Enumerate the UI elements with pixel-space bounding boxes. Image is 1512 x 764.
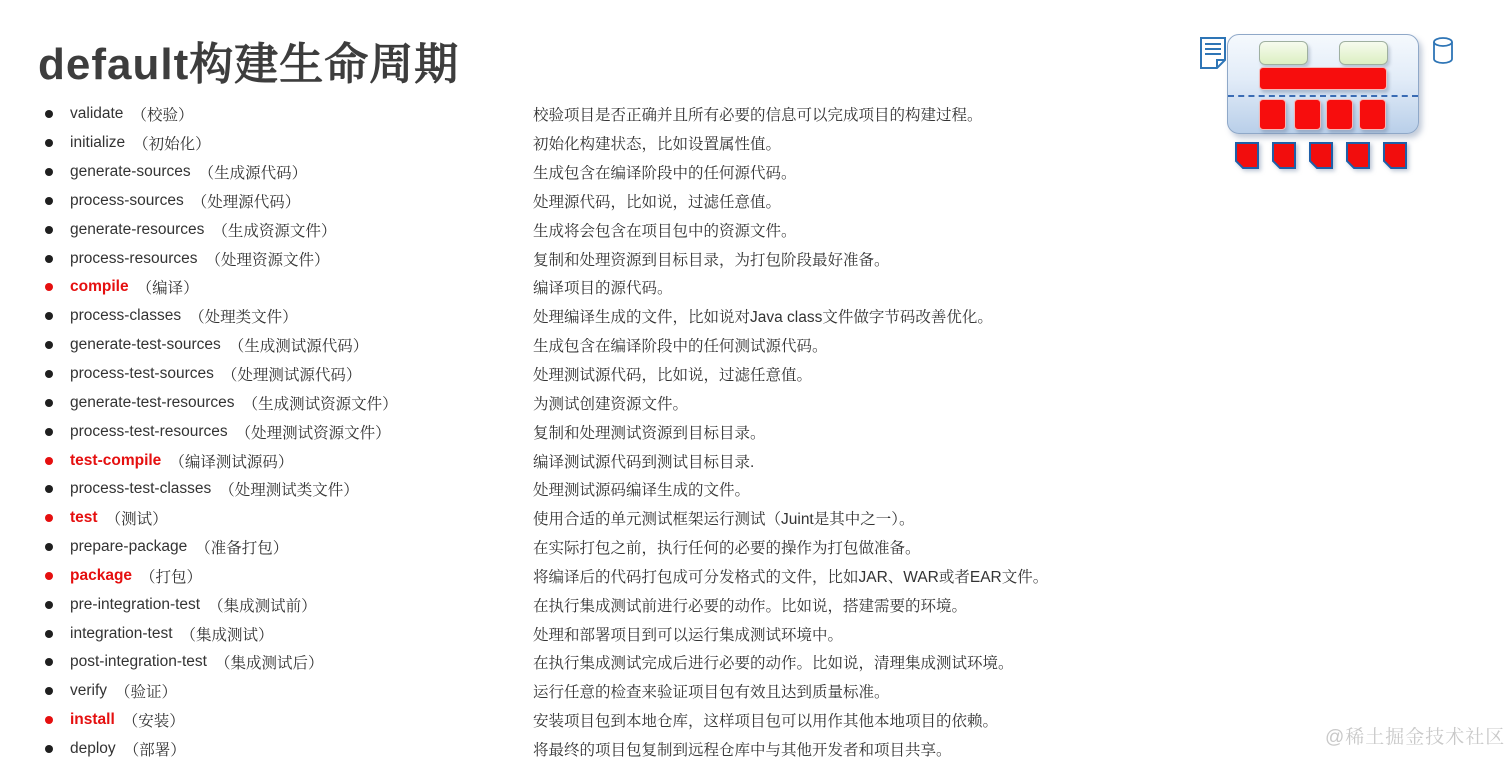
phase-cell: compile（编译） — [0, 276, 533, 298]
phase-description: 复制和处理测试资源到目标目录。 — [533, 421, 766, 443]
phase-description: 处理和部署项目到可以运行集成测试环境中。 — [533, 623, 843, 645]
phase-name: deploy — [70, 740, 116, 758]
lifecycle-row-test: test（测试）使用合适的单元测试框架运行测试（Juint是其中之一）。 — [0, 504, 1160, 533]
phase-zh-label: （部署） — [124, 738, 186, 760]
phase-cell: process-test-sources（处理测试源代码） — [0, 363, 533, 385]
phase-cell: pre-integration-test（集成测试前） — [0, 594, 533, 616]
phase-description: 为测试创建资源文件。 — [533, 392, 688, 414]
phase-cell: process-classes（处理类文件） — [0, 305, 533, 327]
phase-zh-label: （安装） — [123, 709, 185, 731]
bullet-icon — [45, 139, 53, 147]
lifecycle-row-prepare-package: prepare-package（准备打包）在实际打包之前，执行任何的必要的操作为… — [0, 533, 1160, 562]
phase-name: generate-test-sources — [70, 336, 221, 354]
phase-zh-label: （处理测试资源文件） — [236, 421, 391, 443]
phase-zh-label: （生成源代码） — [199, 161, 308, 183]
phase-zh-label: （集成测试） — [181, 623, 274, 645]
lifecycle-row-generate-test-resources: generate-test-resources（生成测试资源文件）为测试创建资源… — [0, 388, 1160, 417]
dashed-divider — [1228, 95, 1418, 97]
lifecycle-row-process-classes: process-classes（处理类文件）处理编译生成的文件，比如说对Java… — [0, 302, 1160, 331]
lifecycle-row-package: package（打包）将编译后的代码打包成可分发格式的文件，比如JAR、WAR或… — [0, 562, 1160, 591]
artifact-chip-icon — [1235, 142, 1259, 169]
lifecycle-row-process-test-sources: process-test-sources（处理测试源代码）处理测试源代码，比如说… — [0, 360, 1160, 389]
bullet-icon — [45, 543, 53, 551]
phase-cell: generate-test-resources（生成测试资源文件） — [0, 392, 533, 414]
phase-zh-label: （初始化） — [133, 132, 211, 154]
source-box-icon — [1259, 41, 1308, 65]
bullet-icon — [45, 399, 53, 407]
phase-cell: generate-sources（生成源代码） — [0, 161, 533, 183]
phase-cell: process-test-resources（处理测试资源文件） — [0, 421, 533, 443]
phase-name: process-test-resources — [70, 423, 228, 441]
compiled-bar-icon — [1259, 67, 1387, 90]
phase-name: initialize — [70, 134, 125, 152]
phase-cell: deploy（部署） — [0, 738, 533, 760]
phase-zh-label: （生成测试源代码） — [229, 334, 369, 356]
phase-cell: post-integration-test（集成测试后） — [0, 651, 533, 673]
phase-cell: verify（验证） — [0, 680, 533, 702]
artifact-chip-icon — [1346, 142, 1370, 169]
bullet-icon — [45, 341, 53, 349]
module-box-icon — [1326, 99, 1353, 130]
phase-cell: process-sources（处理源代码） — [0, 190, 533, 212]
lifecycle-row-process-test-classes: process-test-classes（处理测试类文件）处理测试源码编译生成的… — [0, 475, 1160, 504]
phase-name: verify — [70, 682, 107, 700]
lifecycle-row-install: install（安装）安装项目包到本地仓库，这样项目包可以用作其他本地项目的依赖… — [0, 706, 1160, 735]
phase-description: 生成包含在编译阶段中的任何源代码。 — [533, 161, 797, 183]
phase-name: compile — [70, 278, 129, 296]
artifact-chip-row — [1235, 142, 1407, 169]
phase-cell: generate-resources（生成资源文件） — [0, 219, 533, 241]
bullet-icon — [45, 168, 53, 176]
phase-name: process-test-classes — [70, 480, 211, 498]
phase-description: 处理测试源代码，比如说，过滤任意值。 — [533, 363, 812, 385]
lifecycle-row-post-integration-test: post-integration-test（集成测试后）在执行集成测试完成后进行… — [0, 648, 1160, 677]
maven-build-diagram — [1190, 25, 1490, 185]
bullet-icon — [45, 572, 53, 580]
bullet-icon — [45, 601, 53, 609]
lifecycle-row-process-sources: process-sources（处理源代码）处理源代码，比如说，过滤任意值。 — [0, 187, 1160, 216]
phase-cell: generate-test-sources（生成测试源代码） — [0, 334, 533, 356]
lifecycle-row-pre-integration-test: pre-integration-test（集成测试前）在执行集成测试前进行必要的… — [0, 590, 1160, 619]
phase-cell: test（测试） — [0, 507, 533, 529]
bullet-icon — [45, 283, 53, 291]
phase-cell: package（打包） — [0, 565, 533, 587]
bullet-icon — [45, 630, 53, 638]
module-box-icon — [1294, 99, 1321, 130]
phase-name: validate — [70, 105, 123, 123]
bullet-icon — [45, 716, 53, 724]
bullet-icon — [45, 658, 53, 666]
phase-zh-label: （打包） — [140, 565, 202, 587]
phase-cell: validate（校验） — [0, 103, 533, 125]
lifecycle-row-integration-test: integration-test（集成测试）处理和部署项目到可以运行集成测试环境… — [0, 619, 1160, 648]
phase-name: process-sources — [70, 192, 184, 210]
phase-description: 校验项目是否正确并且所有必要的信息可以完成项目的构建过程。 — [533, 103, 983, 125]
lifecycle-row-generate-test-sources: generate-test-sources（生成测试源代码）生成包含在编译阶段中… — [0, 331, 1160, 360]
module-box-icon — [1259, 99, 1286, 130]
phase-description: 在执行集成测试前进行必要的动作。比如说，搭建需要的环境。 — [533, 594, 967, 616]
phase-cell: install（安装） — [0, 709, 533, 731]
phase-name: process-resources — [70, 250, 198, 268]
bullet-icon — [45, 514, 53, 522]
phase-description: 处理测试源码编译生成的文件。 — [533, 478, 750, 500]
phase-cell: prepare-package（准备打包） — [0, 536, 533, 558]
phase-zh-label: （准备打包） — [195, 536, 288, 558]
build-container-panel — [1227, 34, 1419, 134]
phase-name: package — [70, 567, 132, 585]
artifact-chip-icon — [1383, 142, 1407, 169]
lifecycle-row-generate-sources: generate-sources（生成源代码）生成包含在编译阶段中的任何源代码。 — [0, 158, 1160, 187]
phase-description: 在实际打包之前，执行任何的必要的操作为打包做准备。 — [533, 536, 921, 558]
phase-zh-label: （生成资源文件） — [212, 219, 336, 241]
phase-name: prepare-package — [70, 538, 187, 556]
phase-description: 将最终的项目包复制到远程仓库中与其他开发者和项目共享。 — [533, 738, 952, 760]
lifecycle-row-validate: validate（校验）校验项目是否正确并且所有必要的信息可以完成项目的构建过程… — [0, 100, 1160, 129]
bullet-icon — [45, 745, 53, 753]
phase-name: pre-integration-test — [70, 596, 200, 614]
phase-cell: process-resources（处理资源文件） — [0, 248, 533, 270]
phase-zh-label: （测试） — [106, 507, 168, 529]
phase-zh-label: （处理测试类文件） — [219, 478, 359, 500]
lifecycle-row-compile: compile（编译）编译项目的源代码。 — [0, 273, 1160, 302]
lifecycle-row-test-compile: test-compile（编译测试源码）编译测试源代码到测试目标目录. — [0, 446, 1160, 475]
phase-description: 在执行集成测试完成后进行必要的动作。比如说，清理集成测试环境。 — [533, 651, 1014, 673]
phase-name: generate-resources — [70, 221, 204, 239]
bullet-icon — [45, 110, 53, 118]
bullet-icon — [45, 197, 53, 205]
phase-name: process-classes — [70, 307, 181, 325]
phase-description: 编译项目的源代码。 — [533, 276, 673, 298]
phase-zh-label: （集成测试后） — [215, 651, 324, 673]
database-cylinder-icon — [1432, 37, 1454, 69]
phase-description: 运行任意的检查来验证项目包有效且达到质量标准。 — [533, 680, 890, 702]
phase-name: process-test-sources — [70, 365, 214, 383]
phase-zh-label: （处理类文件） — [189, 305, 298, 327]
lifecycle-row-process-resources: process-resources（处理资源文件）复制和处理资源到目标目录，为打… — [0, 244, 1160, 273]
phase-name: post-integration-test — [70, 653, 207, 671]
bullet-icon — [45, 312, 53, 320]
lifecycle-row-process-test-resources: process-test-resources（处理测试资源文件）复制和处理测试资… — [0, 417, 1160, 446]
phase-description: 处理编译生成的文件，比如说对Java class文件做字节码改善优化。 — [533, 305, 993, 327]
phase-name: generate-test-resources — [70, 394, 235, 412]
source-box-icon — [1339, 41, 1388, 65]
phase-description: 初始化构建状态，比如设置属性值。 — [533, 132, 781, 154]
bullet-icon — [45, 255, 53, 263]
phase-description: 处理源代码，比如说，过滤任意值。 — [533, 190, 781, 212]
lifecycle-row-initialize: initialize（初始化）初始化构建状态，比如设置属性值。 — [0, 129, 1160, 158]
phase-name: test — [70, 509, 98, 527]
phase-zh-label: （集成测试前） — [208, 594, 317, 616]
lifecycle-phase-list: validate（校验）校验项目是否正确并且所有必要的信息可以完成项目的构建过程… — [0, 100, 1160, 763]
phase-zh-label: （验证） — [115, 680, 177, 702]
module-box-icon — [1359, 99, 1386, 130]
bullet-icon — [45, 485, 53, 493]
phase-description: 编译测试源代码到测试目标目录. — [533, 450, 754, 472]
phase-description: 生成将会包含在项目包中的资源文件。 — [533, 219, 797, 241]
bullet-icon — [45, 226, 53, 234]
phase-description: 使用合适的单元测试框架运行测试（Juint是其中之一）。 — [533, 507, 915, 529]
lifecycle-row-deploy: deploy（部署）将最终的项目包复制到远程仓库中与其他开发者和项目共享。 — [0, 735, 1160, 764]
bullet-icon — [45, 457, 53, 465]
phase-name: generate-sources — [70, 163, 191, 181]
lifecycle-row-verify: verify（验证）运行任意的检查来验证项目包有效且达到质量标准。 — [0, 677, 1160, 706]
phase-zh-label: （处理资源文件） — [206, 248, 330, 270]
phase-zh-label: （处理测试源代码） — [222, 363, 362, 385]
phase-name: install — [70, 711, 115, 729]
phase-name: test-compile — [70, 452, 161, 470]
watermark: @稀土掘金技术社区 — [1325, 722, 1505, 749]
lifecycle-row-generate-resources: generate-resources（生成资源文件）生成将会包含在项目包中的资源… — [0, 215, 1160, 244]
bullet-icon — [45, 687, 53, 695]
phase-description: 安装项目包到本地仓库，这样项目包可以用作其他本地项目的依赖。 — [533, 709, 998, 731]
phase-description: 复制和处理资源到目标目录，为打包阶段最好准备。 — [533, 248, 890, 270]
phase-zh-label: （校验） — [131, 103, 193, 125]
artifact-chip-icon — [1272, 142, 1296, 169]
bullet-icon — [45, 428, 53, 436]
phase-name: integration-test — [70, 625, 173, 643]
phase-cell: initialize（初始化） — [0, 132, 533, 154]
phase-cell: test-compile（编译测试源码） — [0, 450, 533, 472]
document-icon — [1200, 37, 1226, 74]
phase-cell: process-test-classes（处理测试类文件） — [0, 478, 533, 500]
phase-zh-label: （编译测试源码） — [169, 450, 293, 472]
phase-description: 将编译后的代码打包成可分发格式的文件，比如JAR、WAR或者EAR文件。 — [533, 565, 1048, 587]
page-title: default构建生命周期 — [38, 28, 459, 92]
phase-zh-label: （处理源代码） — [192, 190, 301, 212]
phase-description: 生成包含在编译阶段中的任何测试源代码。 — [533, 334, 828, 356]
phase-cell: integration-test（集成测试） — [0, 623, 533, 645]
phase-zh-label: （生成测试资源文件） — [243, 392, 398, 414]
phase-zh-label: （编译） — [137, 276, 199, 298]
bullet-icon — [45, 370, 53, 378]
artifact-chip-icon — [1309, 142, 1333, 169]
